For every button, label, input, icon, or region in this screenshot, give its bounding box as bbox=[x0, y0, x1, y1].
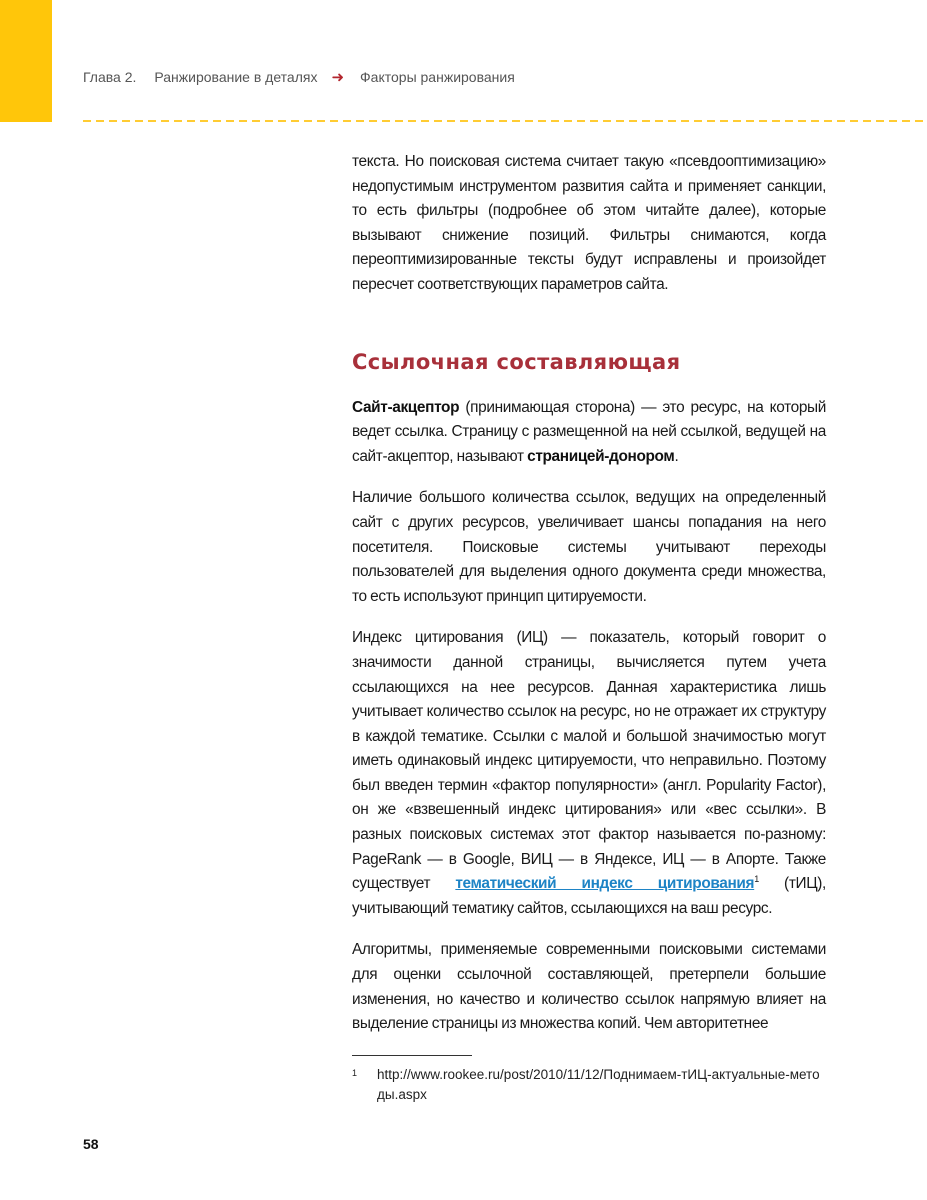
intro-paragraph: текста. Но поисковая система считает так… bbox=[352, 150, 826, 298]
paragraph-acceptor: Сайт-акцептор (принимающая сторона) — эт… bbox=[352, 396, 826, 470]
footnote: 1 http://www.rookee.ru/post/2010/11/12/П… bbox=[352, 1065, 822, 1105]
term-donor: страницей-донором bbox=[527, 448, 674, 465]
chapter-color-tab bbox=[0, 0, 52, 122]
chapter-title: Ранжирование в деталях bbox=[154, 69, 317, 85]
footnote-mark: 1 bbox=[352, 1063, 357, 1083]
paragraph-algorithms: Алгоритмы, применяемые современными поис… bbox=[352, 938, 826, 1036]
term-acceptor: Сайт-акцептор bbox=[352, 399, 459, 416]
paragraph-text: . bbox=[674, 448, 678, 465]
footnote-url[interactable]: http://www.rookee.ru/post/2010/11/12/Под… bbox=[377, 1065, 822, 1105]
paragraph-text: Индекс цитирования (ИЦ) — показатель, ко… bbox=[352, 629, 826, 892]
running-header: Глава 2. Ранжирование в деталях ➜ Фактор… bbox=[83, 68, 515, 86]
chapter-number: Глава 2. bbox=[83, 69, 136, 85]
header-dashed-divider bbox=[83, 120, 927, 122]
paragraph-citation: Наличие большого количества ссылок, веду… bbox=[352, 486, 826, 609]
section-heading: Ссылочная составляющая bbox=[352, 350, 826, 374]
footnote-divider bbox=[352, 1055, 472, 1056]
arrow-right-icon: ➜ bbox=[331, 68, 344, 86]
paragraph-citation-index: Индекс цитирования (ИЦ) — показатель, ко… bbox=[352, 626, 826, 921]
page-number: 58 bbox=[83, 1136, 99, 1152]
thematic-citation-index-link[interactable]: тематический индекс цитирования bbox=[455, 875, 754, 892]
section-title: Факторы ранжирования bbox=[360, 69, 515, 85]
body-text: текста. Но поисковая система считает так… bbox=[352, 150, 826, 1054]
